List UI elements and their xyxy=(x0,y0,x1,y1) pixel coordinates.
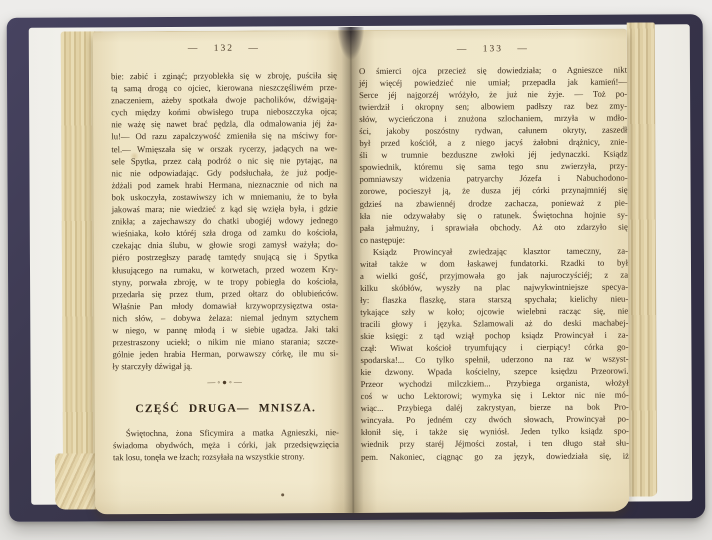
text-line: kłusującego na rumaku, w korwetach, prze… xyxy=(112,263,338,276)
text-line: sele Spytka, przez całą podróż o nic się… xyxy=(111,154,337,167)
section-body-text: Świętochna, żona Sficymira a matka Agnie… xyxy=(113,426,339,463)
text-line: zorowe, pocieszył ją, że dusza jéj córki… xyxy=(360,184,628,197)
divider-ornament: —◦●◦— xyxy=(113,377,339,387)
photo-background: — 132 — bie: zabić i zginąć; przyoblekła… xyxy=(0,0,712,540)
text-line: nic nie odpowiadając. Gdy podsłuchała, ż… xyxy=(111,166,337,179)
text-line: tak losu, tonęła we łzach; rozsyłała na … xyxy=(113,450,339,463)
page-number-header: — 132 — xyxy=(111,43,337,54)
text-line: przedarła się przez tłum, przed ołtarz d… xyxy=(112,287,338,300)
page-body-text: bie: zabić i zginąć; przyoblekła się w z… xyxy=(111,69,339,373)
page-number-header: — 133 — xyxy=(359,44,627,55)
text-line: żdżali pod zamek hrabi Hermana, nieznacz… xyxy=(112,178,338,191)
text-line: Właśnie Pan młody domawiał krzywoprzysię… xyxy=(112,299,338,312)
text-line: styny, porwała zbroję, w te tropy pobieg… xyxy=(112,275,338,288)
text-line: tel.— Wmięszała się w orszak rycerzy, ja… xyxy=(111,142,337,155)
text-line: wiednik przy staréj Jéjmości został, i t… xyxy=(361,437,629,450)
text-line: witał także w dom łaskawej fundatorki. R… xyxy=(360,256,628,269)
page-edges-right xyxy=(627,22,657,496)
text-line: nich słów, – dobywa żelaza: niemal jedny… xyxy=(112,311,338,324)
text-line: piéro postrzegłszy paradę tamtędy snując… xyxy=(112,251,338,264)
section-heading: CZĘŚĆ DRUGA— MNISZA. xyxy=(113,402,339,415)
text-line: pała jałmużny, i sprawiała obchody. Aż o… xyxy=(360,220,628,233)
text-line: Ksiądz Prowincyał zwiedzając klasztor ta… xyxy=(360,244,628,257)
page-132: — 132 — bie: zabić i zginąć; przyoblekła… xyxy=(111,31,340,514)
text-line: świadoma obydwóch, męża i córki, jak prz… xyxy=(113,438,339,451)
page-133: — 133 — O śmierci ojca przecież się dowi… xyxy=(359,30,630,513)
paper-speck xyxy=(281,493,284,496)
text-line: gólnie jeden hrabia Herman, porwawszy có… xyxy=(112,347,338,360)
page-spread: — 132 — bie: zabić i zginąć; przyoblekła… xyxy=(93,29,630,515)
page-body-text: O śmierci ojca przecież się dowiedziała;… xyxy=(359,64,629,463)
text-line: ły starczyły dźwigał ją. xyxy=(112,359,338,372)
text-line: pem. Nakoniec, ciągnąc go za język, dowi… xyxy=(361,449,629,462)
text-line: gdzieś na zbawiennéj drodze zachacza, po… xyxy=(360,196,628,209)
text-line: kła nie odzywałaby się o ratunek. Święto… xyxy=(360,208,628,221)
book: — 132 — bie: zabić i zginąć; przyoblekła… xyxy=(7,14,706,522)
text-line: lu!— Od razu zapalczywość zmieniła się n… xyxy=(111,130,337,143)
